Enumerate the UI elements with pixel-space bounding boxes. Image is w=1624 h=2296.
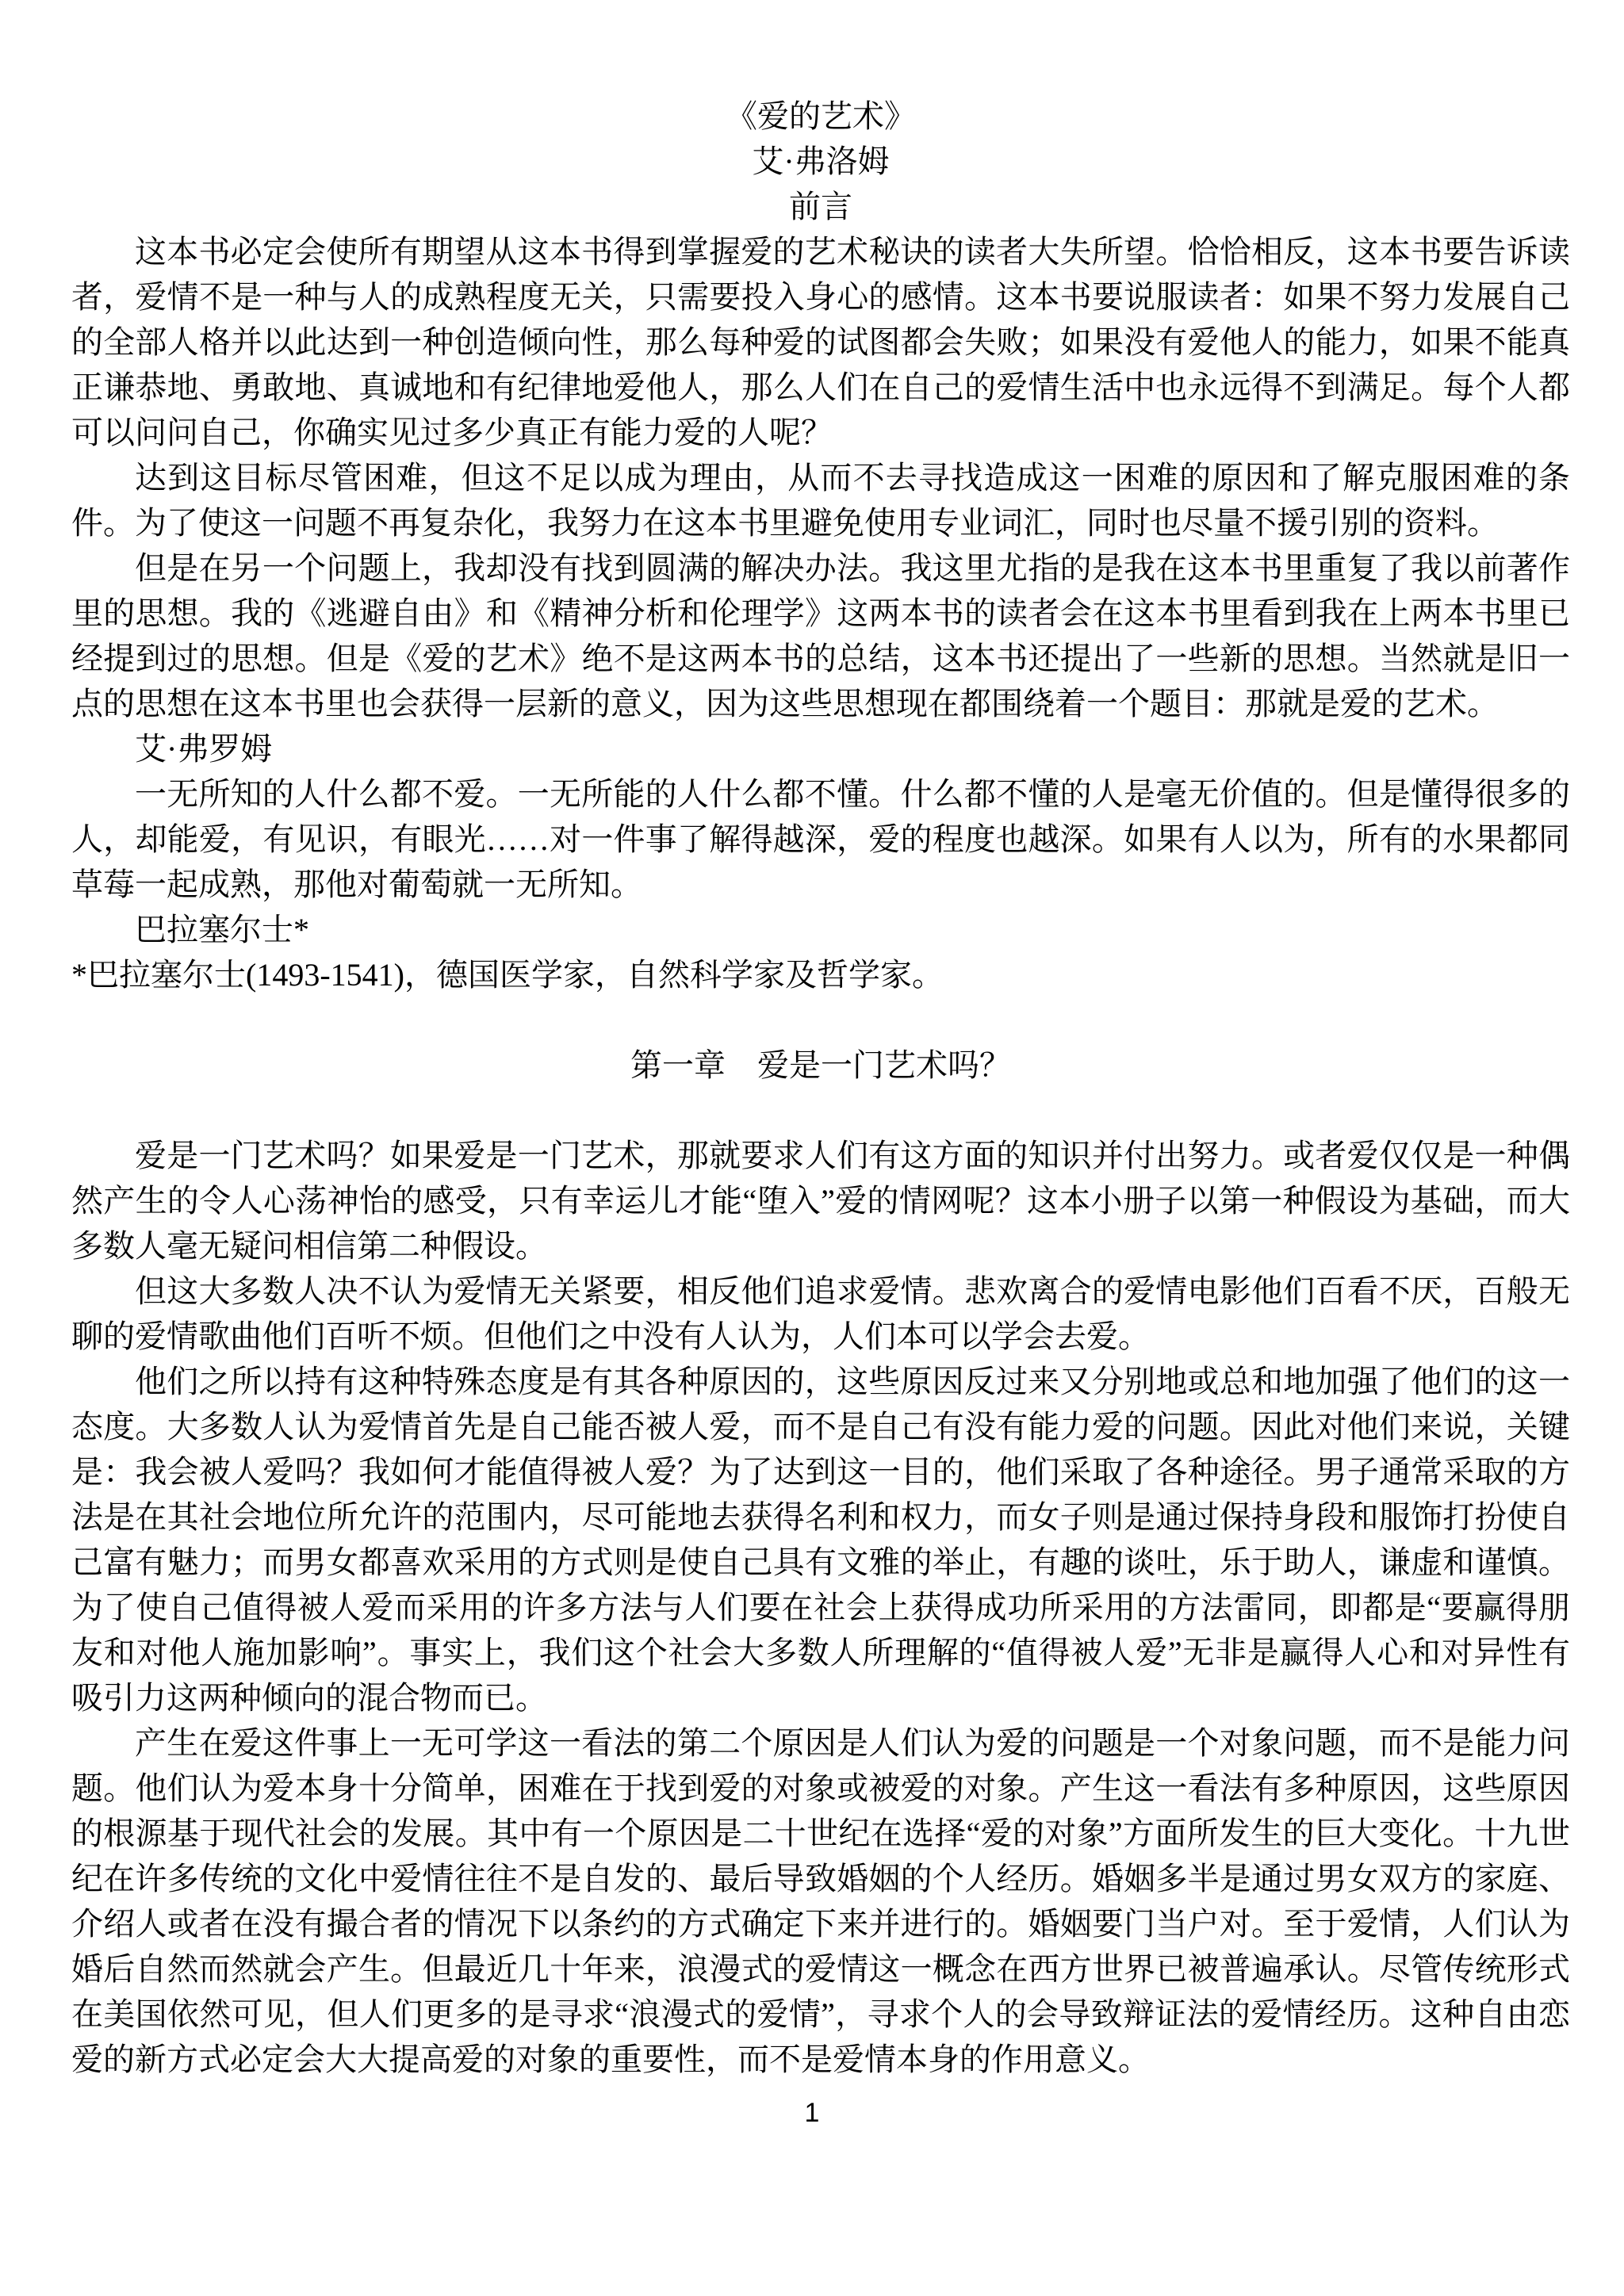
book-title: 《爱的艺术》 [71, 94, 1570, 139]
chapter1-paragraph-3: 他们之所以持有这种特殊态度是有其各种原因的，这些原因反过来又分别地或总和地加强了… [71, 1359, 1570, 1720]
chapter1-paragraph-4: 产生在爱这件事上一无可学这一看法的第二个原因是人们认为爱的问题是一个对象问题，而… [71, 1720, 1570, 2082]
preface-paragraph-3: 但是在另一个问题上，我却没有找到圆满的解决办法。我这里尤指的是我在这本书里重复了… [71, 545, 1570, 726]
preface-epigraph: 一无所知的人什么都不爱。一无所能的人什么都不懂。什么都不懂的人是毫无价值的。但是… [71, 771, 1570, 907]
chapter1-paragraph-2: 但这大多数人决不认为爱情无关紧要，相反他们追求爱情。悲欢离合的爱情电影他们百看不… [71, 1269, 1570, 1359]
document-page: 《爱的艺术》 艾·弗洛姆 前言 这本书必定会使所有期望从这本书得到掌握爱的艺术秘… [0, 0, 1624, 2296]
preface-author-signature: 艾·弗罗姆 [71, 726, 1570, 771]
preface-paragraph-2: 达到这目标尽管困难，但这不足以成为理由，从而不去寻找造成这一困难的原因和了解克服… [71, 455, 1570, 545]
book-author: 艾·弗洛姆 [71, 139, 1570, 184]
chapter-heading: 第一章 爱是一门艺术吗？ [71, 1043, 1570, 1088]
page-number: 1 [0, 2097, 1624, 2129]
front-matter: 《爱的艺术》 艾·弗洛姆 前言 [71, 94, 1570, 229]
preface-paragraph-1: 这本书必定会使所有期望从这本书得到掌握爱的艺术秘诀的读者大失所望。恰恰相反，这本… [71, 229, 1570, 455]
epigraph-attribution: 巴拉塞尔士* [71, 907, 1570, 952]
epigraph-footnote: *巴拉塞尔士(1493-1541)，德国医学家，自然科学家及哲学家。 [71, 952, 1570, 997]
chapter1-paragraph-1: 爱是一门艺术吗？如果爱是一门艺术，那就要求人们有这方面的知识并付出努力。或者爱仅… [71, 1133, 1570, 1269]
preface-heading: 前言 [71, 184, 1570, 229]
